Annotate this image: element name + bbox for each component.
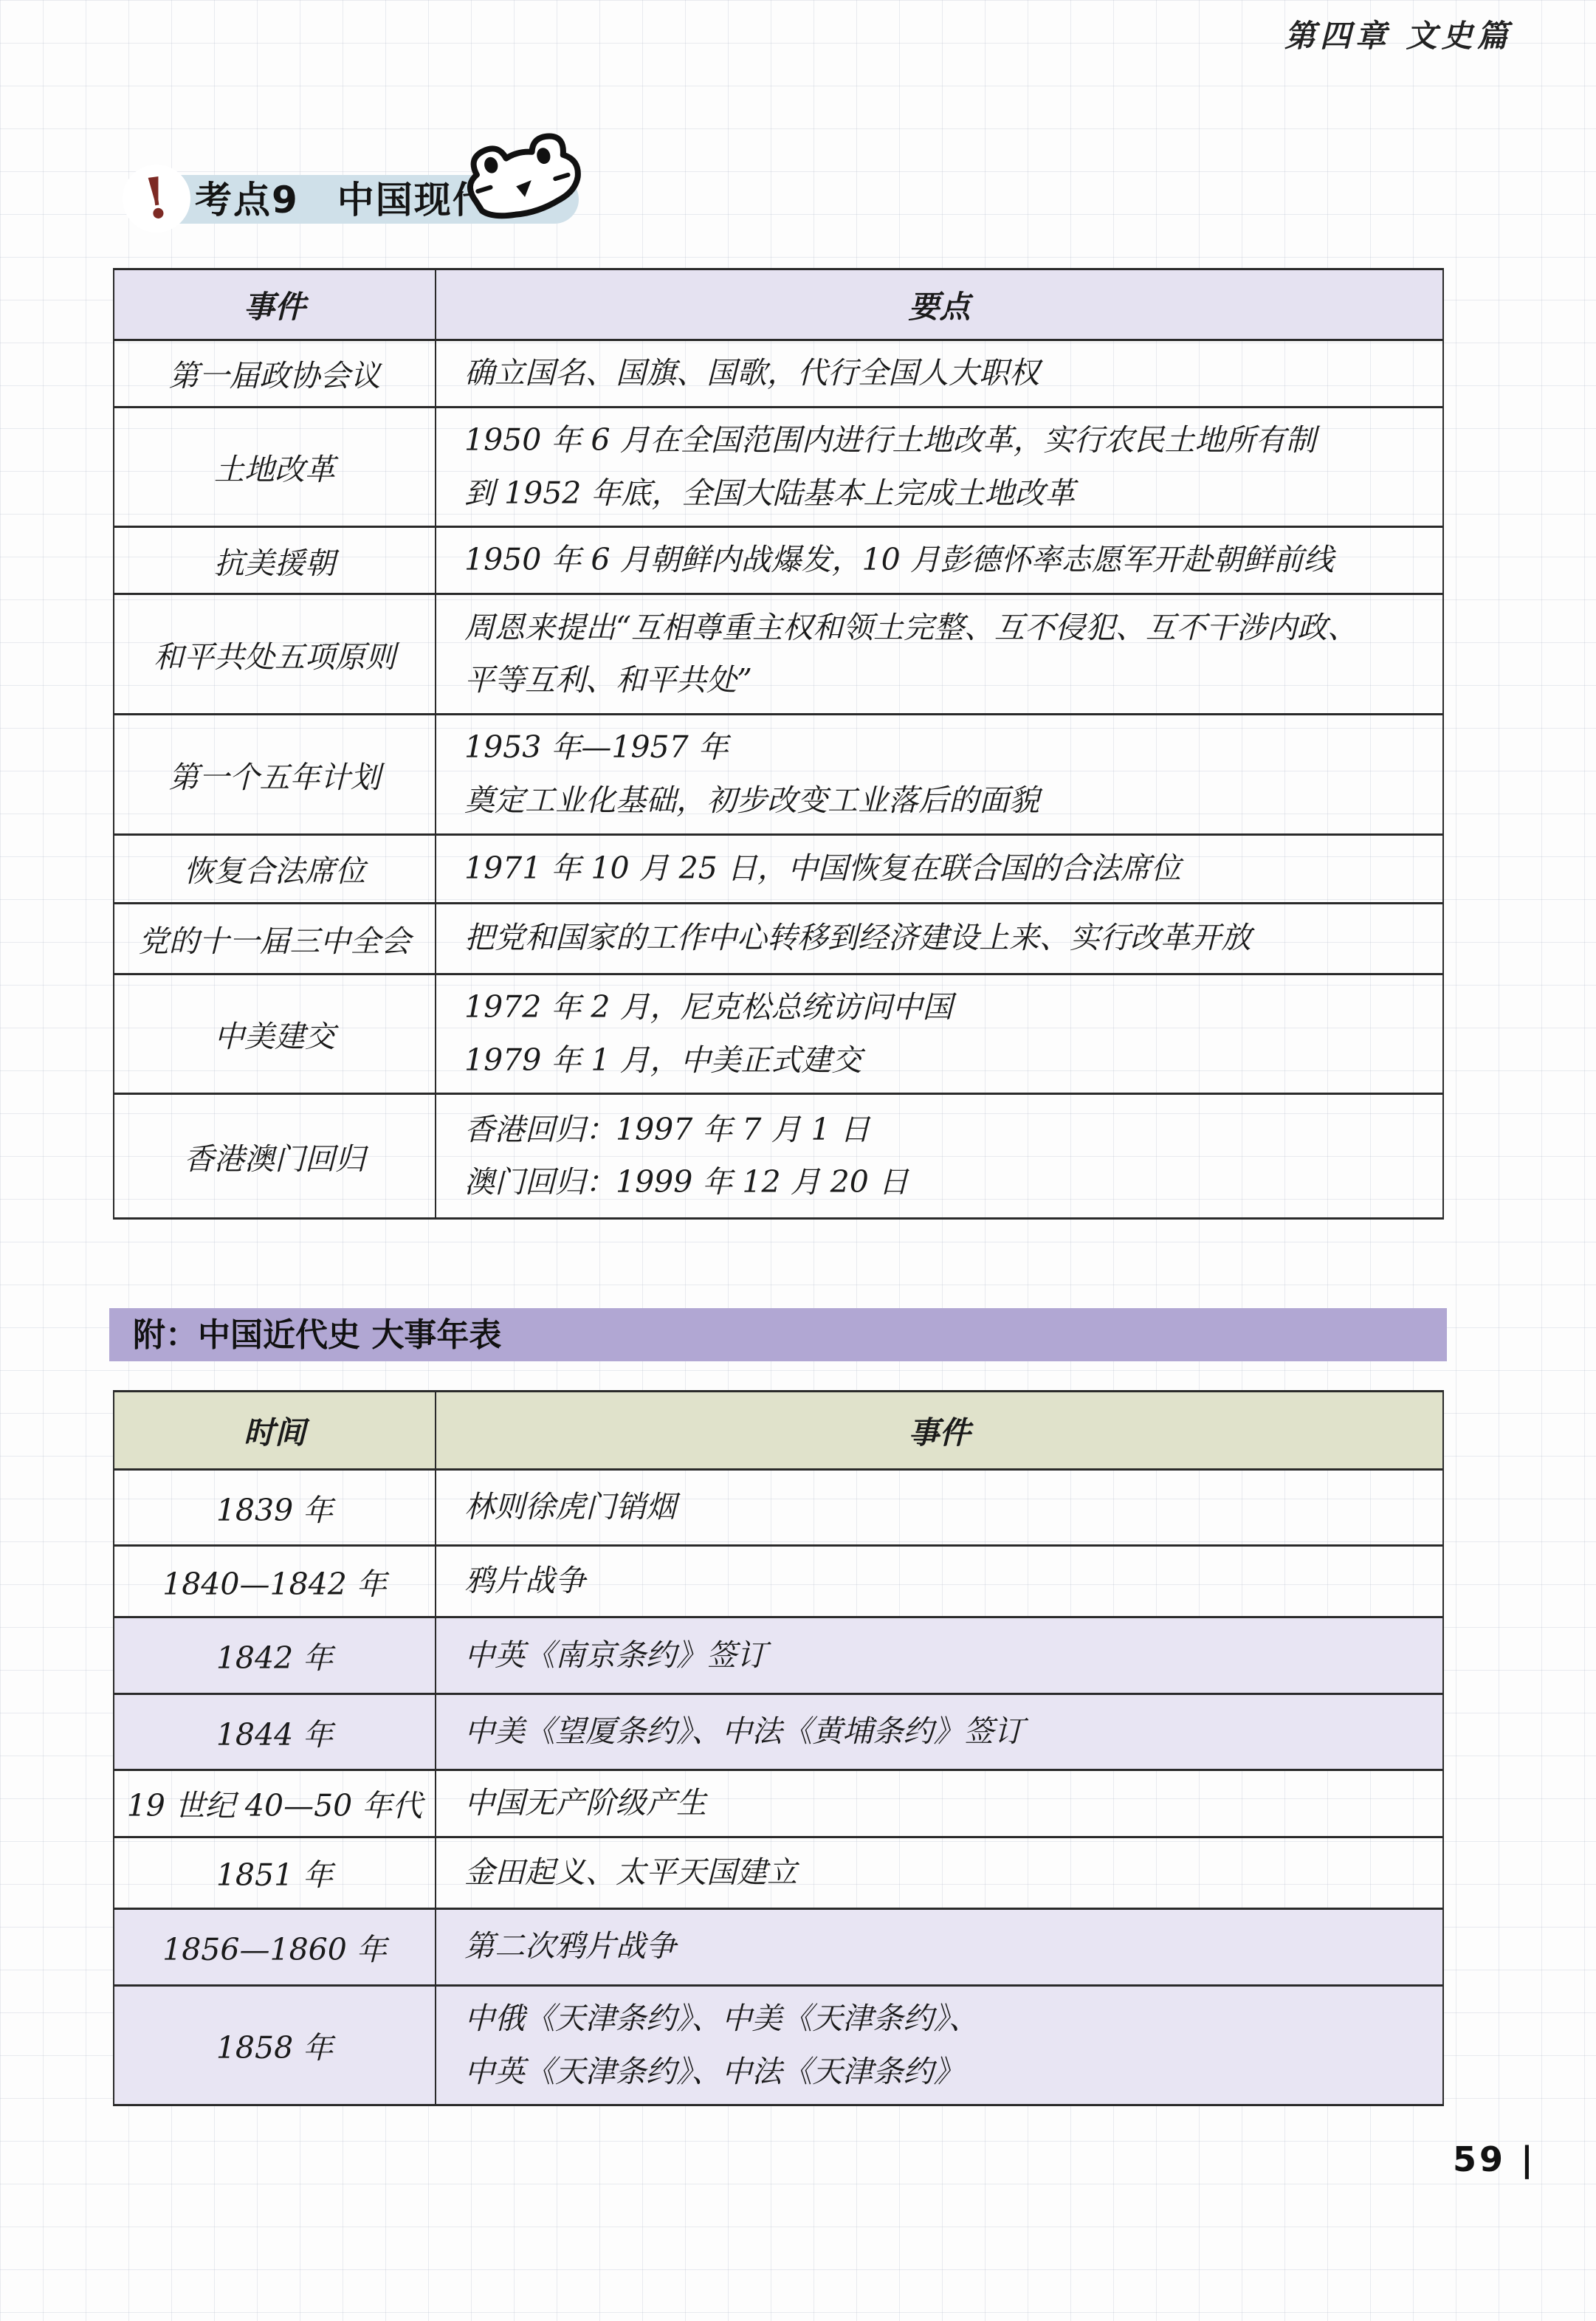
- table-row: 土地改革 1950 年 6 月在全国范围内进行土地改革，实行农民土地所有制 到 …: [114, 407, 1443, 527]
- table-row: 1844 年 中美《望厦条约》、中法《黄埔条约》签订: [114, 1694, 1443, 1770]
- points-cell: 1950 年 6 月朝鲜内战爆发，10 月彭德怀率志愿军开赴朝鲜前线: [436, 527, 1443, 594]
- table-row: 19 世纪 40—50 年代 中国无产阶级产生: [114, 1770, 1443, 1837]
- book-page: 第四章 文史篇 ! 考点9 中国现代史 事件 要点 第一届政协会议 确: [0, 0, 1596, 2321]
- event-cell: 林则徐虎门销烟: [436, 1470, 1443, 1546]
- event-cell: 中美《望厦条约》、中法《黄埔条约》签订: [436, 1694, 1443, 1770]
- event-cell: 党的十一届三中全会: [114, 903, 436, 974]
- event-cell: 中美建交: [114, 974, 436, 1094]
- time-cell: 1839 年: [114, 1470, 436, 1546]
- appendix-banner: 附：中国近代史 大事年表: [109, 1308, 1447, 1361]
- page-number: 59 |: [1453, 2139, 1536, 2179]
- event-cell: 第一个五年计划: [114, 715, 436, 835]
- frog-doodle-icon: [443, 129, 598, 240]
- points-cell: 确立国名、国旗、国歌，代行全国人大职权: [436, 340, 1443, 408]
- table-row: 1839 年 林则徐虎门销烟: [114, 1470, 1443, 1546]
- event-cell: 第二次鸦片战争: [436, 1908, 1443, 1985]
- points-cell: 1971 年 10 月 25 日，中国恢复在联合国的合法席位: [436, 834, 1443, 903]
- modern-history-table: 事件 要点 第一届政协会议 确立国名、国旗、国歌，代行全国人大职权 土地改革 1…: [113, 268, 1444, 1220]
- points-cell: 1972 年 2 月，尼克松总统访问中国 1979 年 1 月，中美正式建交: [436, 974, 1443, 1094]
- chapter-header: 第四章 文史篇: [1284, 12, 1513, 56]
- table-row: 恢复合法席位 1971 年 10 月 25 日，中国恢复在联合国的合法席位: [114, 834, 1443, 903]
- event-cell: 香港澳门回归: [114, 1094, 436, 1219]
- table-row: 香港澳门回归 香港回归：1997 年 7 月 1 日 澳门回归：1999 年 1…: [114, 1094, 1443, 1219]
- table-row: 1851 年 金田起义、太平天国建立: [114, 1837, 1443, 1908]
- time-cell: 1856—1860 年: [114, 1908, 436, 1985]
- time-cell: 19 世纪 40—50 年代: [114, 1770, 436, 1837]
- time-cell: 1851 年: [114, 1837, 436, 1908]
- exclamation-icon: !: [123, 165, 190, 233]
- event-cell: 中俄《天津条约》、中美《天津条约》、 中英《天津条约》、中法《天津条约》: [436, 1985, 1443, 2105]
- points-cell: 1950 年 6 月在全国范围内进行土地改革，实行农民土地所有制 到 1952 …: [436, 407, 1443, 527]
- timeline-table: 时间 事件 1839 年 林则徐虎门销烟 1840—1842 年 鸦片战争 18…: [113, 1390, 1444, 2106]
- event-cell: 土地改革: [114, 407, 436, 527]
- time-cell: 1844 年: [114, 1694, 436, 1770]
- column-header-event: 事件: [436, 1392, 1443, 1470]
- points-cell: 把党和国家的工作中心转移到经济建设上来、实行改革开放: [436, 903, 1443, 974]
- exclamation-mark: !: [140, 169, 173, 228]
- event-cell: 第一届政协会议: [114, 340, 436, 408]
- table-row: 1858 年 中俄《天津条约》、中美《天津条约》、 中英《天津条约》、中法《天津…: [114, 1985, 1443, 2105]
- table-row: 1840—1842 年 鸦片战争: [114, 1546, 1443, 1617]
- column-header-time: 时间: [114, 1392, 436, 1470]
- event-cell: 和平共处五项原则: [114, 594, 436, 715]
- table-row: 1856—1860 年 第二次鸦片战争: [114, 1908, 1443, 1985]
- table-header-row: 时间 事件: [114, 1392, 1443, 1470]
- event-cell: 金田起义、太平天国建立: [436, 1837, 1443, 1908]
- points-cell: 1953 年—1957 年 奠定工业化基础，初步改变工业落后的面貌: [436, 715, 1443, 835]
- column-header-event: 事件: [114, 269, 436, 340]
- points-cell: 香港回归：1997 年 7 月 1 日 澳门回归：1999 年 12 月 20 …: [436, 1094, 1443, 1219]
- event-cell: 中英《南京条约》签订: [436, 1617, 1443, 1694]
- column-header-points: 要点: [436, 269, 1443, 340]
- table-row: 党的十一届三中全会 把党和国家的工作中心转移到经济建设上来、实行改革开放: [114, 903, 1443, 974]
- table-row: 和平共处五项原则 周恩来提出“互相尊重主权和领土完整、互不侵犯、互不干涉内政、 …: [114, 594, 1443, 715]
- time-cell: 1842 年: [114, 1617, 436, 1694]
- table-row: 第一个五年计划 1953 年—1957 年 奠定工业化基础，初步改变工业落后的面…: [114, 715, 1443, 835]
- time-cell: 1858 年: [114, 1985, 436, 2105]
- table-row: 1842 年 中英《南京条约》签订: [114, 1617, 1443, 1694]
- section-title-band: ! 考点9 中国现代史: [124, 175, 579, 224]
- table-header-row: 事件 要点: [114, 269, 1443, 340]
- table-row: 抗美援朝 1950 年 6 月朝鲜内战爆发，10 月彭德怀率志愿军开赴朝鲜前线: [114, 527, 1443, 594]
- event-cell: 抗美援朝: [114, 527, 436, 594]
- event-cell: 鸦片战争: [436, 1546, 1443, 1617]
- event-cell: 恢复合法席位: [114, 834, 436, 903]
- table-row: 第一届政协会议 确立国名、国旗、国歌，代行全国人大职权: [114, 340, 1443, 408]
- time-cell: 1840—1842 年: [114, 1546, 436, 1617]
- event-cell: 中国无产阶级产生: [436, 1770, 1443, 1837]
- points-cell: 周恩来提出“互相尊重主权和领土完整、互不侵犯、互不干涉内政、 平等互利、和平共处…: [436, 594, 1443, 715]
- table-row: 中美建交 1972 年 2 月，尼克松总统访问中国 1979 年 1 月，中美正…: [114, 974, 1443, 1094]
